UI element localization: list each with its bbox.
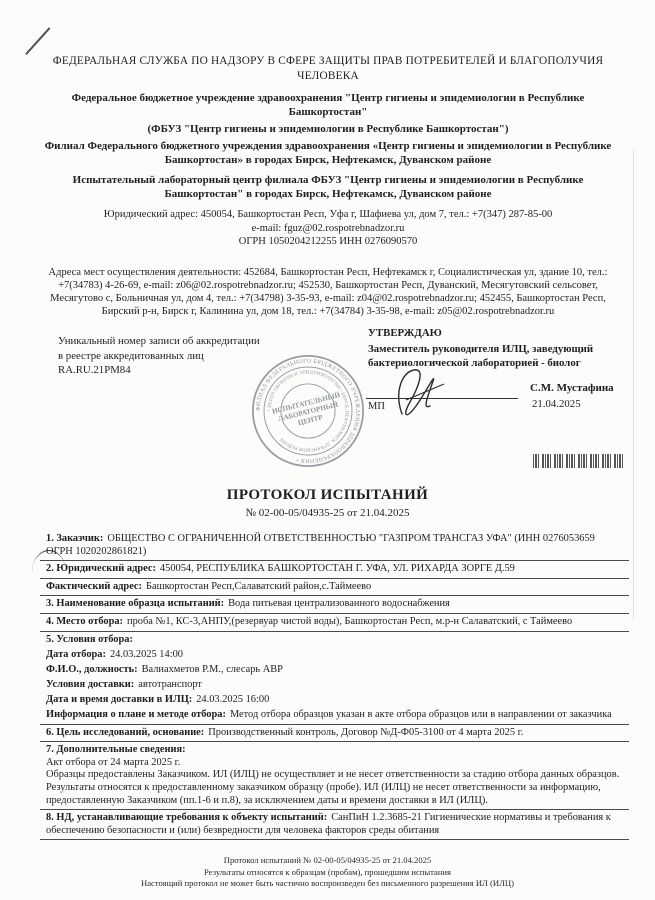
- approver-name: С.М. Мустафина: [530, 382, 614, 394]
- organization-short-name: (ФБУЗ "Центр гигиены и эпидемиологии в Р…: [43, 122, 613, 136]
- item-actual-address: Фактический адрес:Башкортостан Респ,Сала…: [40, 579, 629, 597]
- delivery-datetime-value: 24.03.2025 16:00: [196, 694, 269, 705]
- item-legal-address-label: 2. Юридический адрес:: [46, 563, 156, 574]
- item-research-purpose: 6. Цель исследований, основание:Производ…: [40, 725, 629, 743]
- item-actual-address-value: Башкортостан Респ,Салаватский район,с.Та…: [146, 581, 371, 592]
- organization-full-name: Федеральное бюджетное учреждение здравоо…: [43, 91, 613, 119]
- document-footer: Протокол испытаний № 02-00-05/04935-25 о…: [0, 855, 655, 890]
- sampling-date-value: 24.03.2025 14:00: [110, 649, 183, 660]
- footer-results-note: Результаты относятся к образцам (пробам)…: [0, 867, 655, 879]
- delivery-conditions-row: Условия доставки:автотранспорт: [46, 679, 623, 692]
- handwritten-signature: [392, 362, 458, 429]
- protocol-items-table: 1. Заказчик:ОБЩЕСТВО С ОГРАНИЧЕННОЙ ОТВЕ…: [40, 531, 629, 840]
- seal-icon: ФИЛИАЛ ФЕДЕРАЛЬНОГО БЮДЖЕТНОГО УЧРЕЖДЕНИ…: [250, 353, 366, 469]
- activity-addresses: Адреса мест осуществления деятельности: …: [43, 266, 613, 318]
- footer-protocol-number: Протокол испытаний № 02-00-05/04935-25 о…: [0, 855, 655, 867]
- barcode: [533, 454, 625, 468]
- approval-zone: Уникальный номер записи об аккредитации …: [0, 326, 655, 488]
- approval-date: 21.04.2025: [532, 398, 581, 410]
- sampler-name-row: Ф.И.О., должность:Валиахметов Р.М., слес…: [46, 664, 623, 677]
- additional-info-act-line: Акт отбора от 24 марта 2025 г.: [46, 757, 623, 770]
- mp-seal-label: МП: [368, 401, 385, 412]
- footer-reproduction-note: Настоящий протокол не может быть частичн…: [0, 878, 655, 890]
- sampling-method-row: Информация о плане и методе отбора:Метод…: [46, 709, 623, 722]
- item-legal-address: 2. Юридический адрес:450054, РЕСПУБЛИКА …: [40, 561, 629, 579]
- approver-position-line1: Заместитель руководителя ИЛЦ, заведующий: [368, 342, 648, 356]
- email-line: e-mail: fguz@02.rospotrebnadzor.ru: [43, 222, 613, 236]
- item-research-purpose-value: Производственный контроль, Договор №Д-Ф0…: [208, 727, 523, 738]
- sampling-date-label: Дата отбора:: [46, 649, 106, 660]
- item-customer-value: ОБЩЕСТВО С ОГРАНИЧЕННОЙ ОТВЕТСТВЕННОСТЬЮ…: [46, 533, 595, 557]
- item-additional-info: 7. Дополнительные сведения: Акт отбора о…: [40, 742, 629, 810]
- protocol-number: № 02-00-05/04935-25 от 21.04.2025: [0, 507, 655, 519]
- item-normative-docs-label: 8. НД, устанавливающие требования к объе…: [46, 812, 327, 823]
- additional-info-paragraph: Образцы предоставлены Заказчиком. ИЛ (ИЛ…: [46, 769, 623, 807]
- ogrn-inn-line: ОГРН 1050204212255 ИНН 0276090570: [43, 235, 613, 249]
- protocol-title: ПРОТОКОЛ ИСПЫТАНИЙ: [0, 487, 655, 504]
- scanned-protocol-page: ФЕДЕРАЛЬНАЯ СЛУЖБА ПО НАДЗОРУ В СФЕРЕ ЗА…: [0, 0, 655, 900]
- sampler-name-value: Валиахметов Р.М., слесарь АВР: [142, 664, 283, 675]
- item-customer: 1. Заказчик:ОБЩЕСТВО С ОГРАНИЧЕННОЙ ОТВЕ…: [40, 531, 629, 561]
- item-legal-address-value: 450054, РЕСПУБЛИКА БАШКОРТОСТАН Г. УФА, …: [160, 563, 515, 574]
- item-normative-docs: 8. НД, устанавливающие требования к объе…: [40, 810, 629, 840]
- item-sampling-place-value: проба №1, КС-3,АНПУ,(резервуар чистой во…: [127, 616, 572, 627]
- item-sampling-conditions-header: 5. Условия отбора:: [46, 634, 619, 647]
- item-sampling-conditions: 5. Условия отбора: Дата отбора:24.03.202…: [40, 632, 629, 725]
- sampling-method-value: Метод отбора образцов указан в акте отбо…: [230, 709, 612, 720]
- lab-center-name: Испытательный лабораторный центр филиала…: [43, 173, 613, 201]
- item-sample-name: 3. Наименование образца испытаний:Вода п…: [40, 596, 629, 614]
- item-sample-name-label: 3. Наименование образца испытаний:: [46, 598, 224, 609]
- protocol-title-block: ПРОТОКОЛ ИСПЫТАНИЙ № 02-00-05/04935-25 о…: [0, 487, 655, 519]
- item-research-purpose-label: 6. Цель исследований, основание:: [46, 727, 204, 738]
- item-sample-name-value: Вода питьевая централизованного водоснаб…: [228, 598, 450, 609]
- sampling-method-label: Информация о плане и методе отбора:: [46, 709, 226, 720]
- sampler-name-label: Ф.И.О., должность:: [46, 664, 138, 675]
- delivery-datetime-label: Дата и время доставки в ИЛЦ:: [46, 694, 192, 705]
- item-sampling-place: 4. Место отбора:проба №1, КС-3,АНПУ,(рез…: [40, 614, 629, 632]
- delivery-datetime-row: Дата и время доставки в ИЛЦ:24.03.2025 1…: [46, 694, 623, 707]
- pen-mark-top-left: [25, 27, 51, 55]
- delivery-conditions-label: Условия доставки:: [46, 679, 134, 690]
- branch-name: Филиал Федерального бюджетного учреждени…: [43, 139, 613, 167]
- signature-icon: [392, 362, 458, 424]
- item-customer-label: 1. Заказчик:: [46, 533, 103, 544]
- document-header: ФЕДЕРАЛЬНАЯ СЛУЖБА ПО НАДЗОРУ В СФЕРЕ ЗА…: [43, 54, 613, 318]
- delivery-conditions-value: автотранспорт: [138, 679, 202, 690]
- sampling-date-row: Дата отбора:24.03.2025 14:00: [46, 649, 623, 662]
- agency-name: ФЕДЕРАЛЬНАЯ СЛУЖБА ПО НАДЗОРУ В СФЕРЕ ЗА…: [43, 54, 613, 84]
- legal-address: Юридический адрес: 450054, Башкортостан …: [43, 208, 613, 222]
- item-sampling-place-label: 4. Место отбора:: [46, 616, 123, 627]
- accreditation-line1: Уникальный номер записи об аккредитации: [58, 334, 308, 349]
- item-actual-address-label: Фактический адрес:: [46, 581, 142, 592]
- round-seal-stamp: ФИЛИАЛ ФЕДЕРАЛЬНОГО БЮДЖЕТНОГО УЧРЕЖДЕНИ…: [250, 353, 366, 469]
- item-additional-info-header: 7. Дополнительные сведения:: [46, 744, 619, 757]
- approval-title: УТВЕРЖДАЮ: [368, 326, 648, 340]
